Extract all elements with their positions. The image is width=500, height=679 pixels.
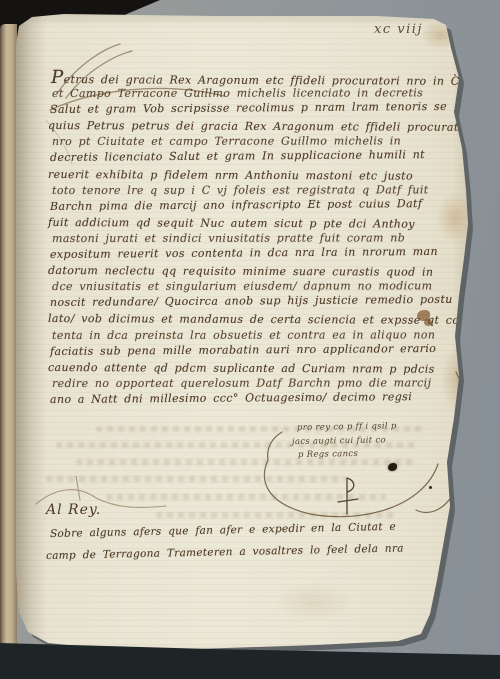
paper-stain <box>420 20 462 50</box>
photo-backdrop: xc viij Petrus dei gracia Rex Aragonum e… <box>0 0 500 679</box>
manuscript-page: xc viij Petrus dei gracia Rex Aragonum e… <box>16 14 472 662</box>
ink-speck <box>454 74 456 76</box>
manuscript-line: Barchn pima die marcij ano infrascripto … <box>50 196 460 215</box>
ink-speck <box>461 622 463 624</box>
notarial-flourish <box>334 476 362 520</box>
chancery-note-line: p Regs cancs <box>298 447 431 463</box>
paper-stain <box>274 582 354 622</box>
manuscript-line: noscit redundare/ Quocirca anob sup hijs… <box>50 292 460 311</box>
manuscript-line: Salut et gram Vob scripsisse recolimus p… <box>50 99 460 118</box>
chancery-note: pro rey co p ff i qsil p jacs augti cui … <box>281 422 431 463</box>
manuscript-line: decretis licenciato Salut et gram In sup… <box>50 147 460 166</box>
folio-number: xc viij <box>374 22 423 37</box>
ink-speck <box>449 579 452 582</box>
binding-edge <box>0 24 17 649</box>
manuscript-text-block: Petrus dei gracia Rex Aragonum etc ffide… <box>48 70 458 408</box>
manuscript-line: faciatis sub pena mille morabatin auri n… <box>50 340 460 359</box>
docket-heading: Al Rey. <box>46 502 101 518</box>
docket-line: camp de Terragona Trameteren a vosaltres… <box>46 543 404 562</box>
ink-speck <box>429 486 432 489</box>
manuscript-line: expositum reuerit vos contenta in dca nr… <box>50 244 460 263</box>
